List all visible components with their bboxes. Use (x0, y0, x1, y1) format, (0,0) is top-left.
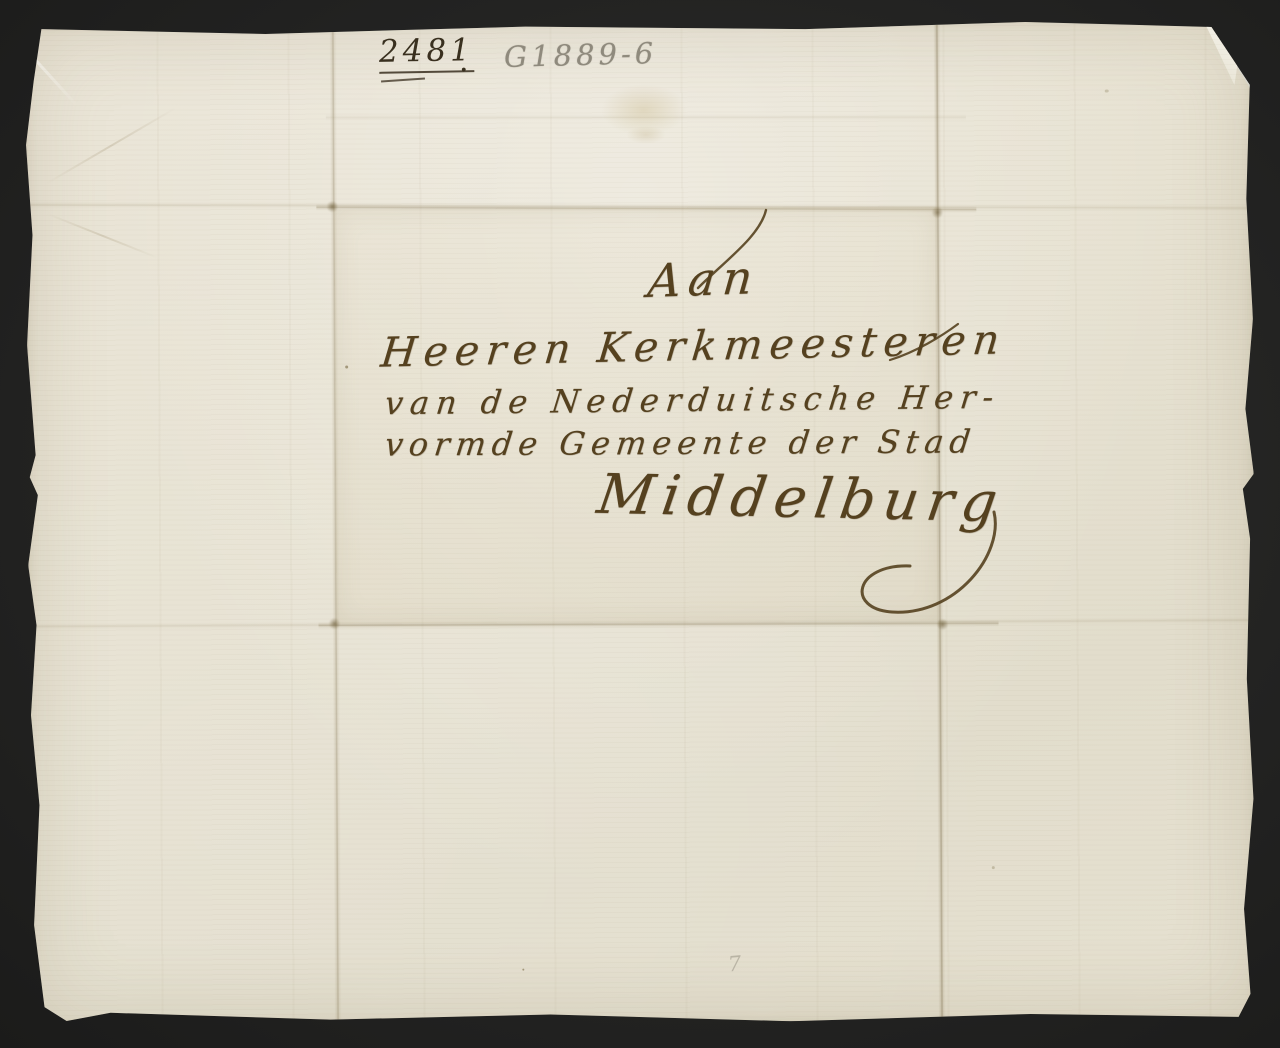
address-line-aan: Aan (647, 250, 760, 308)
address-line-van-de-nederduitsche: van de Nederduitsche Her- (385, 378, 1001, 422)
address-line-middelburg-text: Middelburg (593, 462, 1009, 534)
faint-pencil-mark: 7 (727, 951, 742, 976)
ink-speck (522, 969, 524, 971)
archival-ink-number-period: . (459, 44, 469, 79)
fold-crease-horizontal-upper-faint (326, 114, 966, 121)
paper-stain (626, 126, 666, 144)
paper-stain (601, 84, 687, 136)
corner-crease-line (46, 107, 177, 184)
dog-ear-flap (1203, 19, 1251, 91)
ink-speck (1105, 90, 1109, 93)
address-line-vormde-text: vormde Gemeente der Stad (383, 422, 979, 463)
top-left-fold-highlight (27, 51, 79, 108)
letter-scan-stage: Aan Heeren Kerkmeesteren van de Nederdui… (0, 0, 1280, 1048)
address-line-middelburg: Middelburg (597, 462, 1005, 535)
dog-ear-corner-fold (1203, 19, 1251, 91)
address-line-van-text: van de Nederduitsche Her- (383, 378, 1003, 422)
ink-speck (992, 866, 995, 869)
address-line-vormde-gemeente: vormde Gemeente der Stad (385, 422, 976, 463)
corner-crease-line (46, 213, 158, 259)
address-line-aan-text: Aan (646, 250, 762, 308)
ink-speck (345, 366, 348, 369)
archival-pencil-code: G1889-6 (504, 36, 658, 74)
